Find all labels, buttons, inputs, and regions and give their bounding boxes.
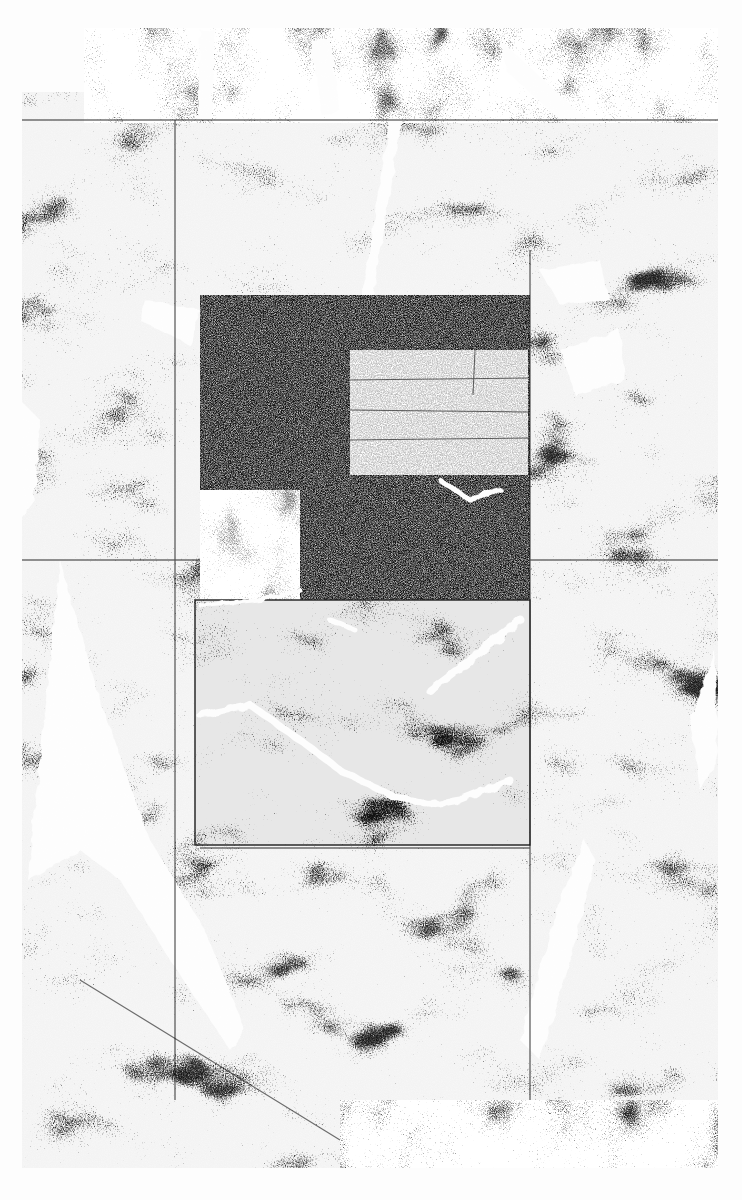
paper-margin-top-left [22,28,84,92]
paper-margin-bottom [0,1168,742,1200]
left-inset [200,490,300,602]
paper-margin-left [0,0,22,1200]
paper-margin-top [0,0,742,28]
lower-central-panel [195,600,530,845]
collage-artwork [0,0,742,1200]
stone-wall-inset [350,350,528,475]
paper-margin-right [718,0,742,1200]
